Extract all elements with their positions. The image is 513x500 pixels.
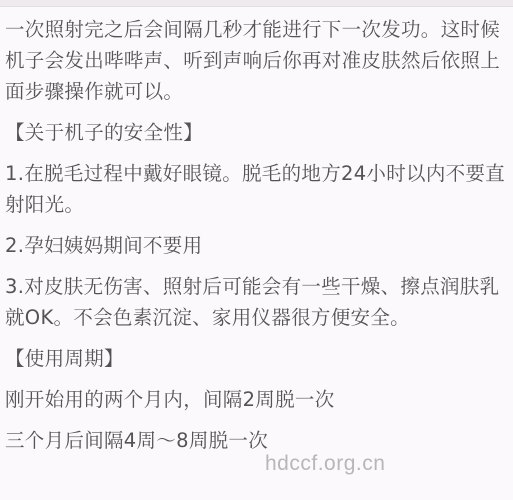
watermark-text: hdccf.org.cn — [265, 452, 385, 476]
paragraph-safety-3: 3.对皮肤无伤害、照射后可能会有一些干燥、擦点润肤乳就OK。不会色素沉淀、家用仪… — [5, 271, 510, 333]
paragraph-firing-interval: 一次照射完之后会间隔几秒才能进行下一次发功。这时候机子会发出哔哔声、听到声响后你… — [5, 14, 510, 107]
heading-safety: 【关于机子的安全性】 — [5, 117, 510, 148]
top-divider — [0, 0, 513, 7]
paragraph-cycle-2: 三个月后间隔4周～8周脱一次 — [5, 425, 510, 456]
paragraph-safety-2: 2.孕妇姨妈期间不要用 — [5, 230, 510, 261]
paragraph-safety-1: 1.在脱毛过程中戴好眼镜。脱毛的地方24小时以内不要直射阳光。 — [5, 158, 510, 220]
article-body: 一次照射完之后会间隔几秒才能进行下一次发功。这时候机子会发出哔哔声、听到声响后你… — [5, 14, 510, 466]
paragraph-cycle-1: 刚开始用的两个月内，间隔2周脱一次 — [5, 384, 510, 415]
heading-usage-cycle: 【使用周期】 — [5, 343, 510, 374]
